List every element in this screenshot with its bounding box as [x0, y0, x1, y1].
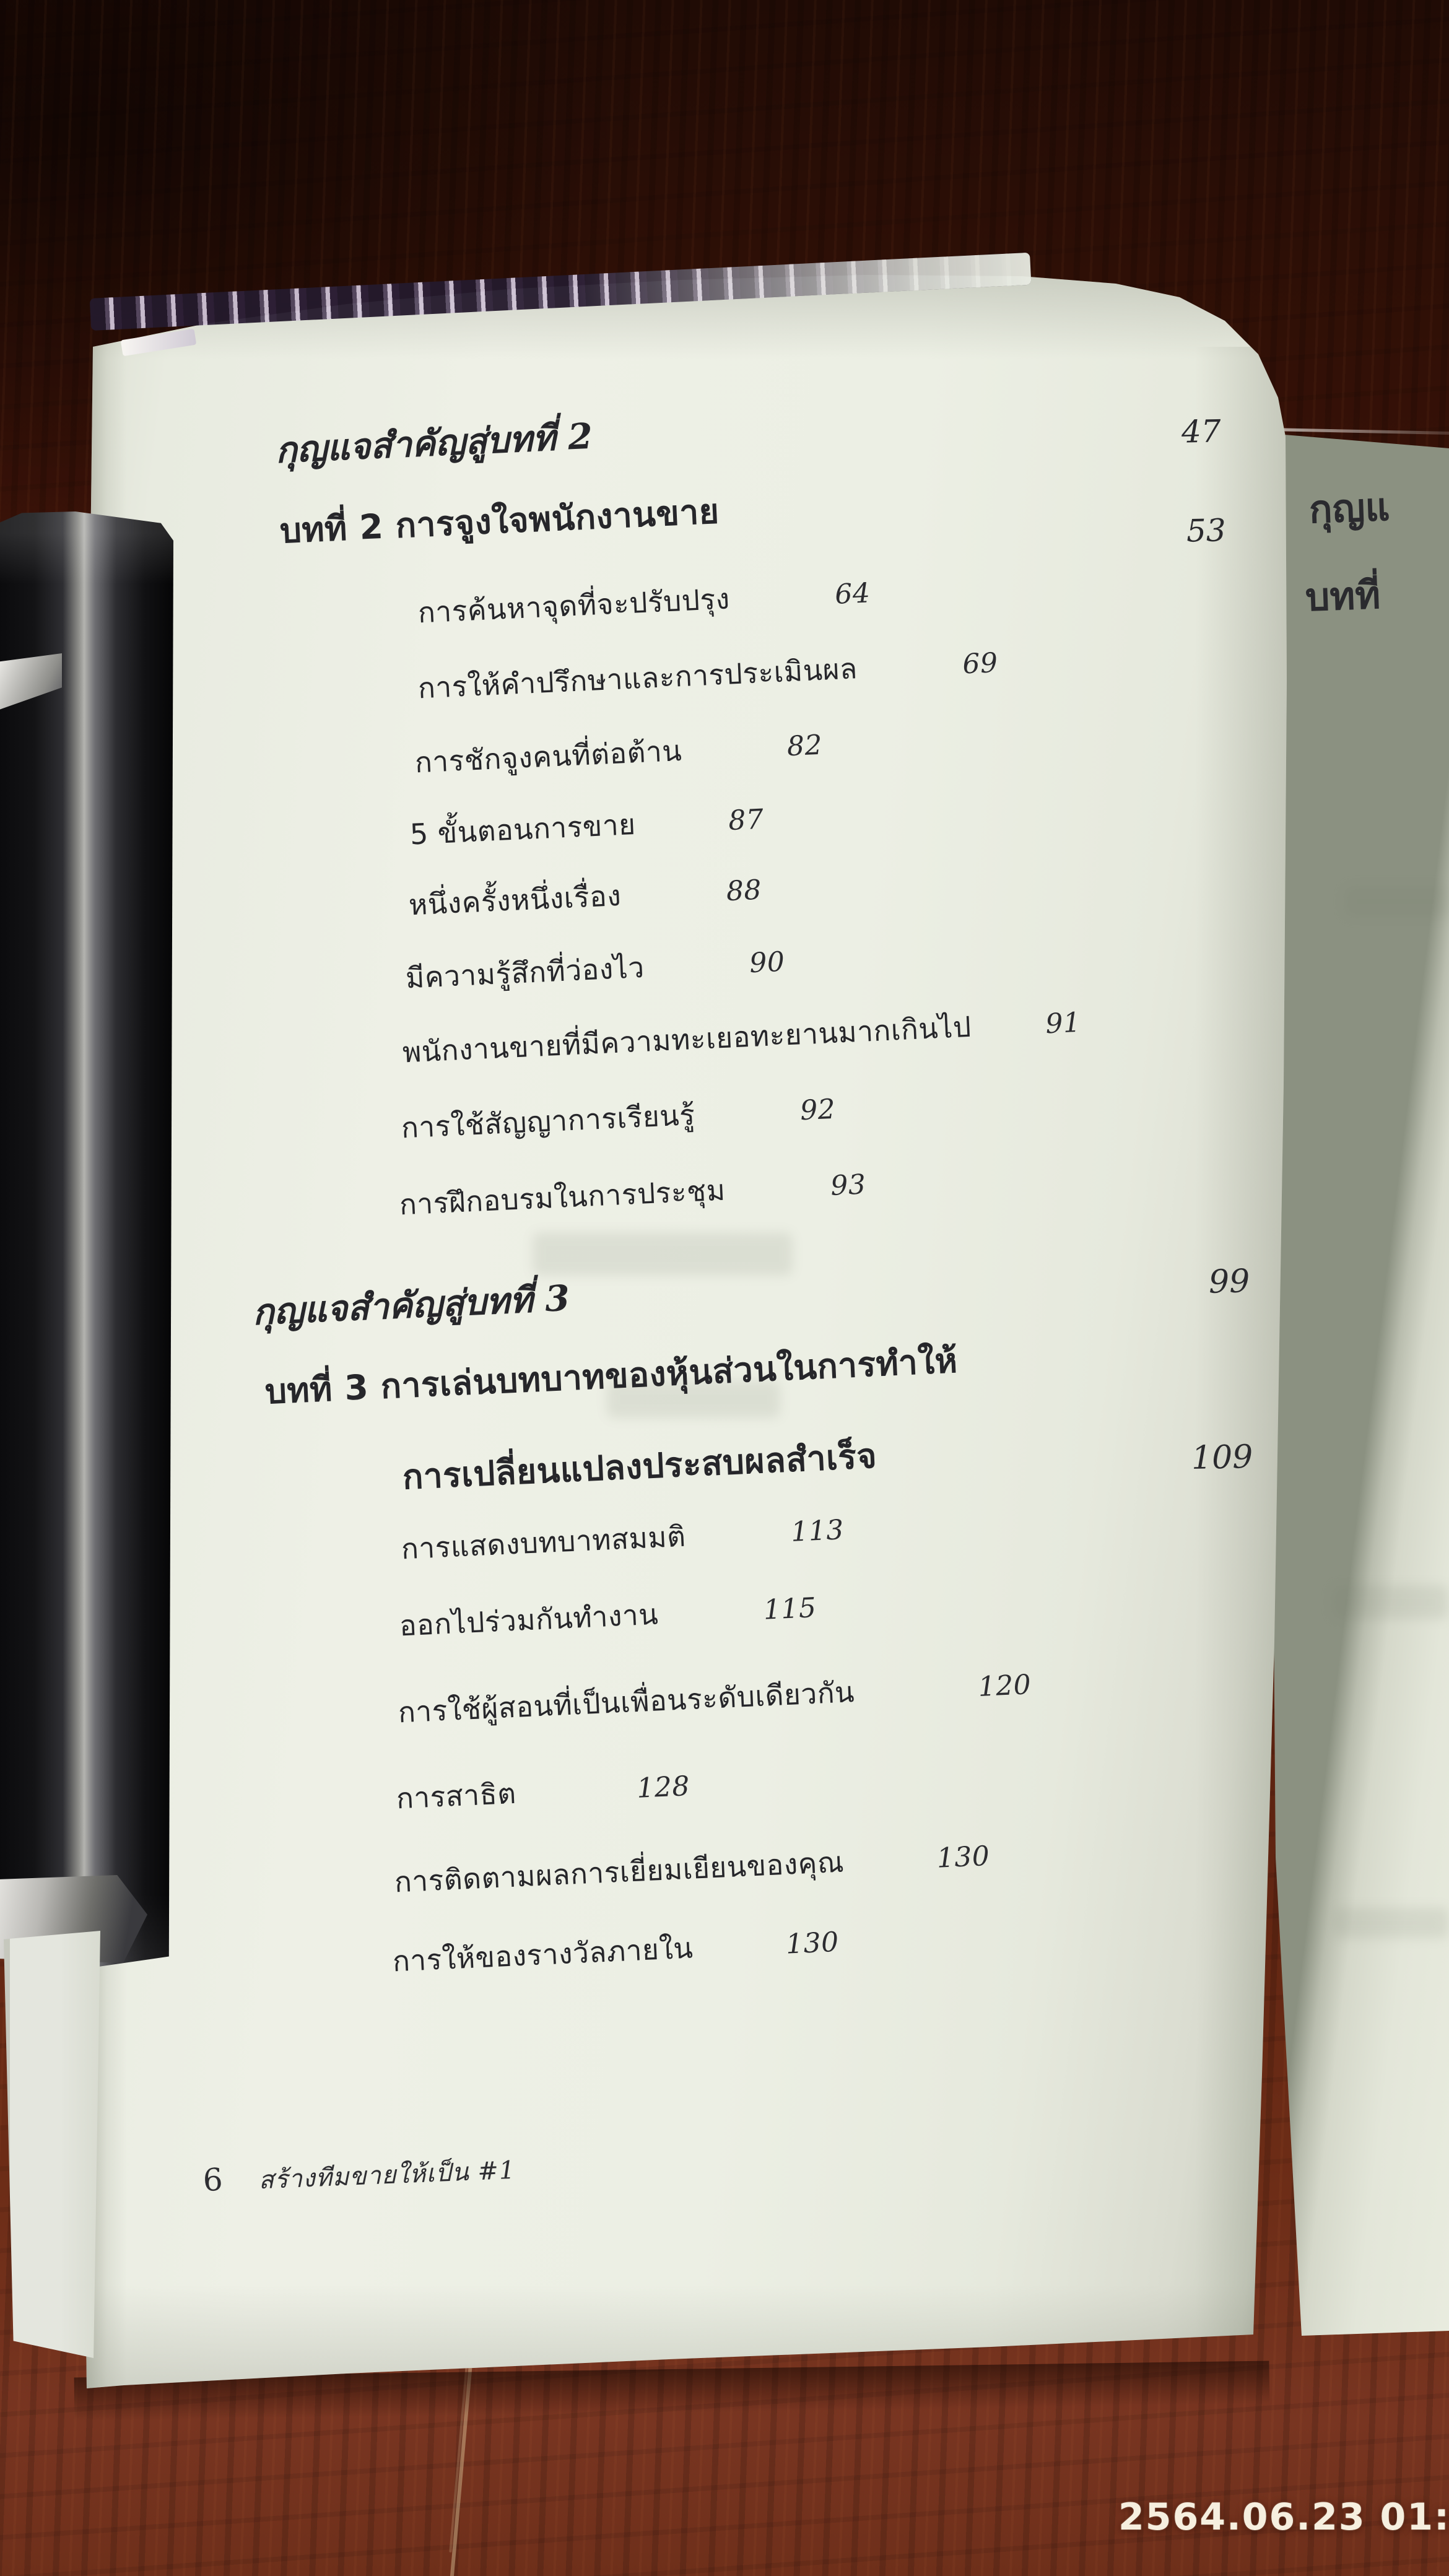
toc-page-number: 109	[1191, 1438, 1253, 1477]
showthrough-smudge	[533, 1232, 793, 1276]
toc-page-number: 93	[830, 1168, 866, 1202]
under-pages-edge	[4, 1931, 100, 2358]
next-page-text-fragment: กุญแ	[1308, 477, 1391, 540]
toc-page-number: 115	[763, 1592, 817, 1626]
toc-page-number: 120	[978, 1669, 1032, 1703]
metal-clip	[0, 511, 173, 1967]
toc-page-number: 90	[749, 946, 785, 980]
toc-page-number: 91	[1045, 1007, 1081, 1040]
toc-page-number: 69	[962, 647, 998, 681]
toc-page-number: 53	[1186, 512, 1226, 549]
toc-page-number: 128	[636, 1770, 690, 1804]
toc-label: หนึ่งครั้งหนึ่งเรื่อง	[407, 873, 622, 928]
toc-page-number: 130	[936, 1840, 991, 1874]
toc-page-number: 88	[726, 874, 762, 908]
toc-page-number: 99	[1208, 1263, 1250, 1300]
showthrough-smudge	[1344, 885, 1449, 918]
showthrough-smudge	[1331, 1585, 1449, 1619]
toc-page-number: 92	[799, 1094, 836, 1127]
toc-page-number: 87	[728, 804, 764, 837]
toc-page-number: 82	[786, 729, 823, 763]
toc-page-number: 64	[834, 577, 871, 611]
showthrough-smudge	[1334, 1907, 1449, 1938]
camera-timestamp: 2564.06.23 01:08	[1118, 2495, 1449, 2539]
next-page-text-fragment: บทที่	[1304, 565, 1381, 628]
photo-of-book-toc: กุญแจสำคัญสู่บทที่ 2 บทที่ 2 การจูงใจพนั…	[0, 0, 1449, 2576]
toc-page-number: 130	[785, 1926, 840, 1960]
footer-page-number: 6	[202, 2162, 224, 2198]
toc-page-number: 47	[1181, 413, 1221, 450]
toc-label: การสาธิต	[395, 1771, 517, 1822]
toc-page-number: 113	[790, 1514, 845, 1548]
